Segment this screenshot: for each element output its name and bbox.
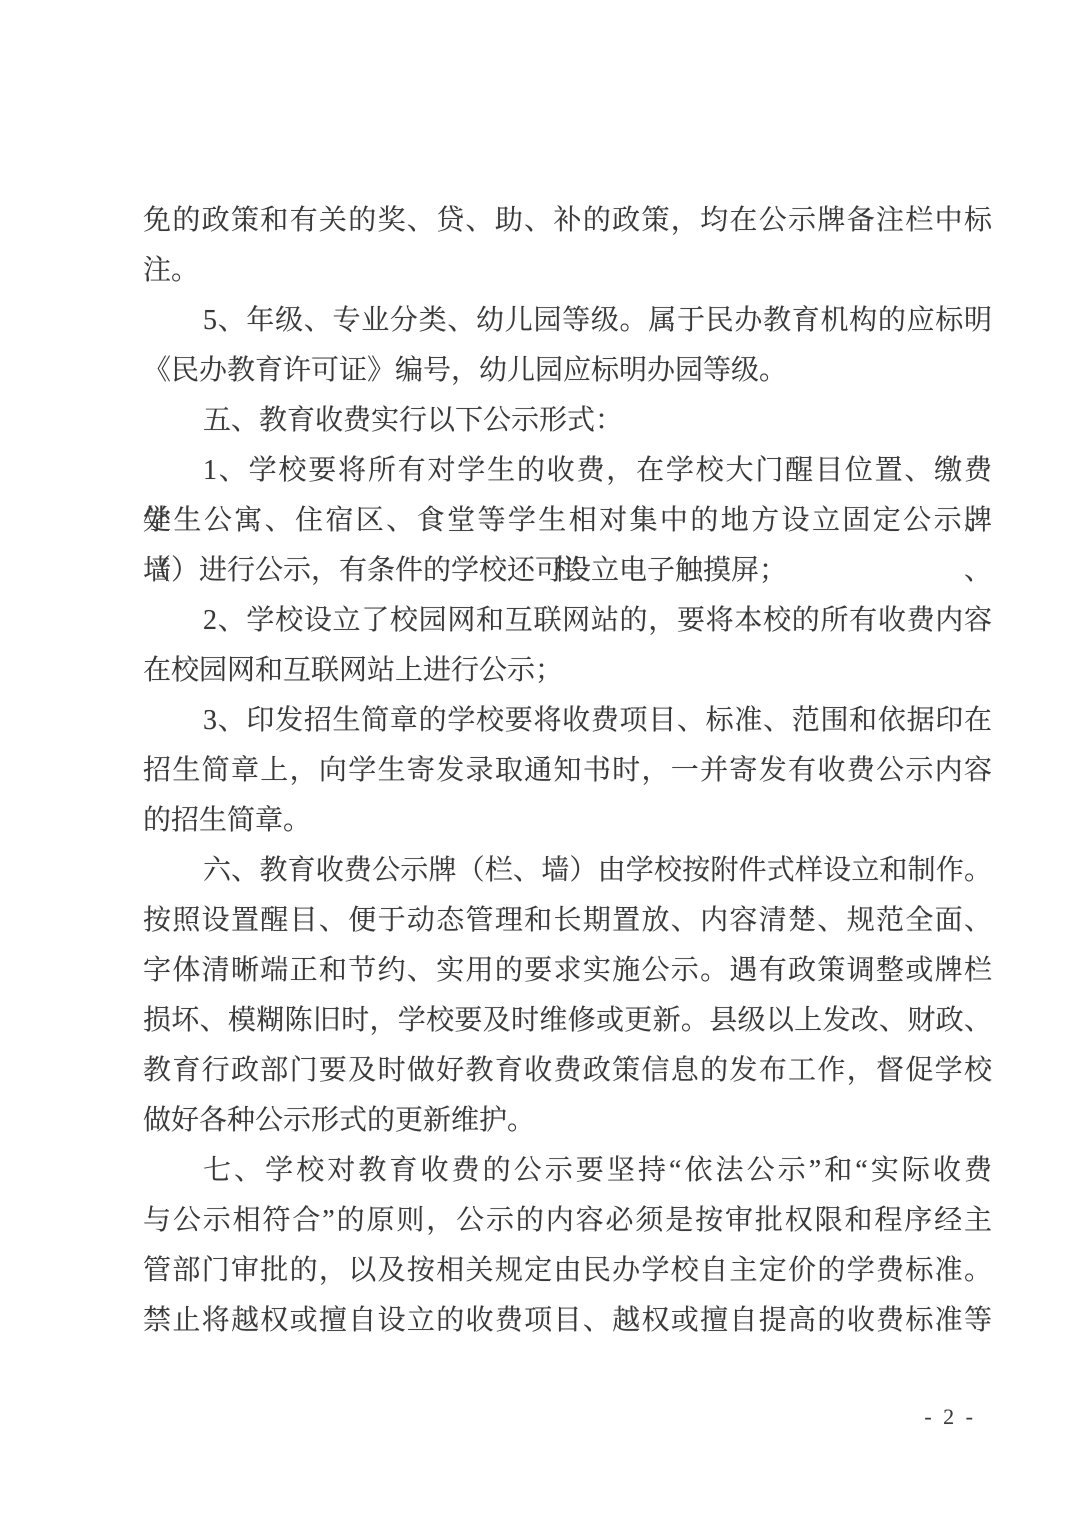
text-line: 在校园网和互联网站上进行公示；	[143, 646, 992, 696]
text-line: 管部门审批的，以及按相关规定由民办学校自主定价的学费标准。	[143, 1246, 992, 1296]
paragraph-section-7: 七、学校对教育收费的公示要坚持“依法公示”和“实际收费 与公示相符合”的原则，公…	[143, 1146, 992, 1346]
paragraph-item-2: 2、学校设立了校园网和互联网站的，要将本校的所有收费内容 在校园网和互联网站上进…	[143, 596, 992, 696]
text-line: 六、教育收费公示牌（栏、墙）由学校按附件式样设立和制作。	[143, 846, 992, 896]
text-line: 字体清晰端正和节约、实用的要求实施公示。遇有政策调整或牌栏	[143, 946, 992, 996]
text-line: 5、年级、专业分类、幼儿园等级。属于民办教育机构的应标明	[143, 296, 992, 346]
text-line: 免的政策和有关的奖、贷、助、补的政策，均在公示牌备注栏中标	[143, 196, 992, 246]
text-line: 《民办教育许可证》编号，幼儿园应标明办园等级。	[143, 346, 992, 396]
scanned-document-page: 免的政策和有关的奖、贷、助、补的政策，均在公示牌备注栏中标 注。 5、年级、专业…	[0, 0, 1080, 1527]
text-line: 七、学校对教育收费的公示要坚持“依法公示”和“实际收费	[143, 1146, 992, 1196]
text-line: 招生简章上，向学生寄发录取通知书时，一并寄发有收费公示内容	[143, 746, 992, 796]
page-number: - 2 -	[924, 1404, 976, 1430]
text-line: 教育行政部门要及时做好教育收费政策信息的发布工作，督促学校	[143, 1046, 992, 1096]
paragraph-continuation: 免的政策和有关的奖、贷、助、补的政策，均在公示牌备注栏中标 注。	[143, 196, 992, 296]
text-line: 的招生简章。	[143, 796, 992, 846]
text-line: 学生公寓、住宿区、食堂等学生相对集中的地方设立固定公示牌（栏、	[143, 496, 992, 546]
text-line: 损坏、模糊陈旧时，学校要及时维修或更新。县级以上发改、财政、	[143, 996, 992, 1046]
document-body: 免的政策和有关的奖、贷、助、补的政策，均在公示牌备注栏中标 注。 5、年级、专业…	[143, 196, 992, 1346]
text-line: 五、教育收费实行以下公示形式：	[143, 396, 992, 446]
text-line: 按照设置醒目、便于动态管理和长期置放、内容清楚、规范全面、	[143, 896, 992, 946]
paragraph-section-6: 六、教育收费公示牌（栏、墙）由学校按附件式样设立和制作。 按照设置醒目、便于动态…	[143, 846, 992, 1146]
text-line: 禁止将越权或擅自设立的收费项目、越权或擅自提高的收费标准等	[143, 1296, 992, 1346]
paragraph-item-5: 5、年级、专业分类、幼儿园等级。属于民办教育机构的应标明 《民办教育许可证》编号…	[143, 296, 992, 396]
text-line: 2、学校设立了校园网和互联网站的，要将本校的所有收费内容	[143, 596, 992, 646]
text-line: 做好各种公示形式的更新维护。	[143, 1096, 992, 1146]
paragraph-item-1: 1、学校要将所有对学生的收费，在学校大门醒目位置、缴费处、 学生公寓、住宿区、食…	[143, 446, 992, 596]
paragraph-item-3: 3、印发招生简章的学校要将收费项目、标准、范围和依据印在 招生简章上，向学生寄发…	[143, 696, 992, 846]
text-line: 1、学校要将所有对学生的收费，在学校大门醒目位置、缴费处、	[143, 446, 992, 496]
text-line: 注。	[143, 246, 992, 296]
text-line: 3、印发招生简章的学校要将收费项目、标准、范围和依据印在	[143, 696, 992, 746]
paragraph-section-5-heading: 五、教育收费实行以下公示形式：	[143, 396, 992, 446]
text-line: 与公示相符合”的原则，公示的内容必须是按审批权限和程序经主	[143, 1196, 992, 1246]
